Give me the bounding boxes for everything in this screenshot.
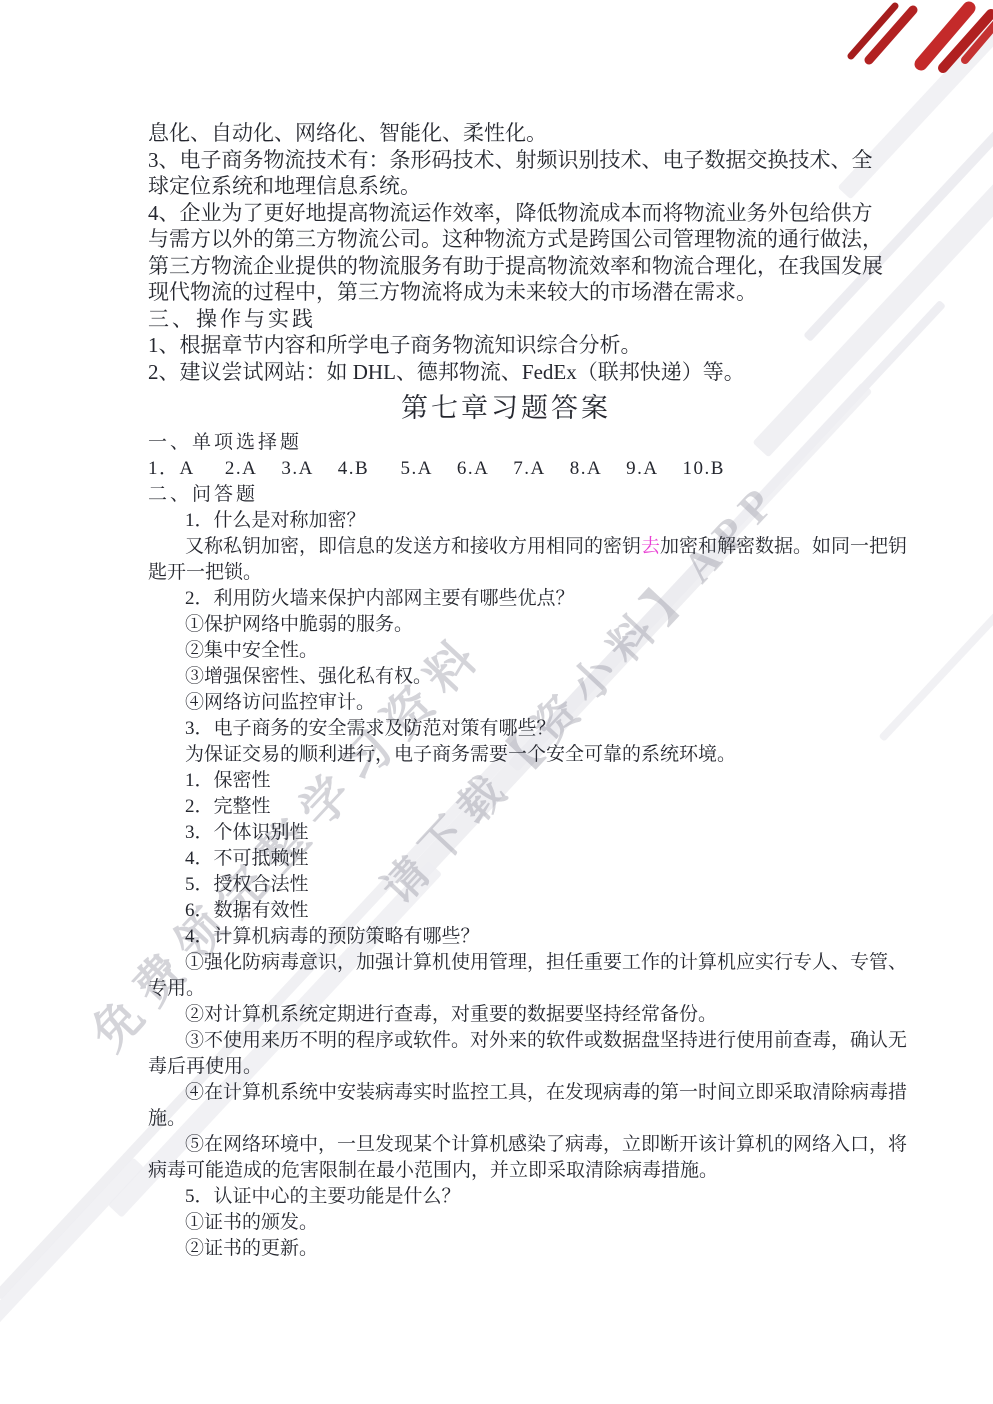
doc-line: 4、企业为了更好地提高物流运作效率，降低物流成本而将物流业务外包给供方 <box>148 200 864 227</box>
doc-line: 1、根据章节内容和所学电子商务物流知识综合分析。 <box>148 332 864 359</box>
mcq-heading: 一、单项选择题 <box>148 430 864 456</box>
chapter-title: 第七章习题答案 <box>148 389 864 427</box>
qa-list-item: 4．不可抵赖性 <box>148 846 864 872</box>
qa-list-item: 2．完整性 <box>148 794 864 820</box>
answers-section: 一、单项选择题 1．A 2.A 3.A 4.B 5.A 6.A 7.A 8.A … <box>148 430 864 1262</box>
qa-answer-1-cont: 匙开一把锁。 <box>148 560 864 586</box>
qa-question-1: 1．什么是对称加密？ <box>148 508 864 534</box>
qa-point: ④网络访问监控审计。 <box>148 690 864 716</box>
qa-point: ①强化防病毒意识，加强计算机使用管理，担任重要工作的计算机应实行专人、专管、 <box>148 950 864 976</box>
qa-answer-1: 又称私钥加密，即信息的发送方和接收方用相同的密钥去加密和解密数据。如同一把钥 <box>148 534 864 560</box>
doc-line: 2、建议尝试网站：如 DHL、德邦物流、FedEx（联邦快递）等。 <box>148 359 864 386</box>
qa-point: ⑤在网络环境中，一旦发现某个计算机感染了病毒，立即断开该计算机的网络入口，将 <box>148 1132 864 1158</box>
qa-point: ④在计算机系统中安装病毒实时监控工具，在发现病毒的第一时间立即采取清除病毒措 <box>148 1080 864 1106</box>
qa-heading: 二、问答题 <box>148 482 864 508</box>
doc-line: 第三方物流企业提供的物流服务有助于提高物流效率和物流合理化，在我国发展 <box>148 253 864 280</box>
qa-point-cont: 专用。 <box>148 976 864 1002</box>
intro-section: 息化、自动化、网络化、智能化、柔性化。 3、电子商务物流技术有：条形码技术、射频… <box>148 120 864 385</box>
qa-point: ③增强保密性、强化私有权。 <box>148 664 864 690</box>
qa-point-cont: 病毒可能造成的危害限制在最小范围内，并立即采取清除病毒措施。 <box>148 1158 864 1184</box>
qa-question-5: 5．认证中心的主要功能是什么？ <box>148 1184 864 1210</box>
qa-answer-1-pre: 又称私钥加密，即信息的发送方和接收方用相同的密钥 <box>185 536 641 557</box>
qa-question-2: 2．利用防火墙来保护内部网主要有哪些优点？ <box>148 586 864 612</box>
qa-answer-3-intro: 为保证交易的顺利进行，电子商务需要一个安全可靠的系统环境。 <box>148 742 864 768</box>
qa-point: ①证书的颁发。 <box>148 1210 864 1236</box>
red-brush-marks-icon <box>833 0 993 80</box>
doc-line: 球定位系统和地理信息系统。 <box>148 173 864 200</box>
qa-question-3: 3．电子商务的安全需求及防范对策有哪些？ <box>148 716 864 742</box>
doc-line: 3、电子商务物流技术有：条形码技术、射频识别技术、电子数据交换技术、全 <box>148 147 864 174</box>
qa-point: ②对计算机系统定期进行查毒，对重要的数据要坚持经常备份。 <box>148 1002 864 1028</box>
qa-point: ①保护网络中脆弱的服务。 <box>148 612 864 638</box>
qa-answer-1-post: 加密和解密数据。如同一把钥 <box>660 536 907 557</box>
document-page: 免费领完整学习资料 请下载【资小料】APP 息化、自动化、网络化、智能化、柔性化… <box>0 0 993 1404</box>
qa-point: ②集中安全性。 <box>148 638 864 664</box>
document-content: 息化、自动化、网络化、智能化、柔性化。 3、电子商务物流技术有：条形码技术、射频… <box>148 120 864 1262</box>
highlight-char: 去 <box>641 536 660 557</box>
qa-point: ②证书的更新。 <box>148 1236 864 1262</box>
doc-line: 与需方以外的第三方物流公司。这种物流方式是跨国公司管理物流的通行做法， <box>148 226 864 253</box>
mcq-answers: 1．A 2.A 3.A 4.B 5.A 6.A 7.A 8.A 9.A 10.B <box>148 456 864 482</box>
qa-list-item: 1．保密性 <box>148 768 864 794</box>
scan-streak <box>0 1157 144 1357</box>
qa-list-item: 3．个体识别性 <box>148 820 864 846</box>
qa-list-item: 5．授权合法性 <box>148 872 864 898</box>
doc-line: 息化、自动化、网络化、智能化、柔性化。 <box>148 120 864 147</box>
qa-list-item: 6．数据有效性 <box>148 898 864 924</box>
qa-question-4: 4．计算机病毒的预防策略有哪些？ <box>148 924 864 950</box>
qa-point: ③不使用来历不明的程序或软件。对外来的软件或数据盘坚持进行使用前查毒，确认无 <box>148 1028 864 1054</box>
qa-point-cont: 毒后再使用。 <box>148 1054 864 1080</box>
doc-line: 现代物流的过程中，第三方物流将成为未来较大的市场潜在需求。 <box>148 279 864 306</box>
section-heading-practice: 三、操作与实践 <box>148 306 864 333</box>
scan-streak <box>878 546 993 742</box>
qa-point-cont: 施。 <box>148 1106 864 1132</box>
